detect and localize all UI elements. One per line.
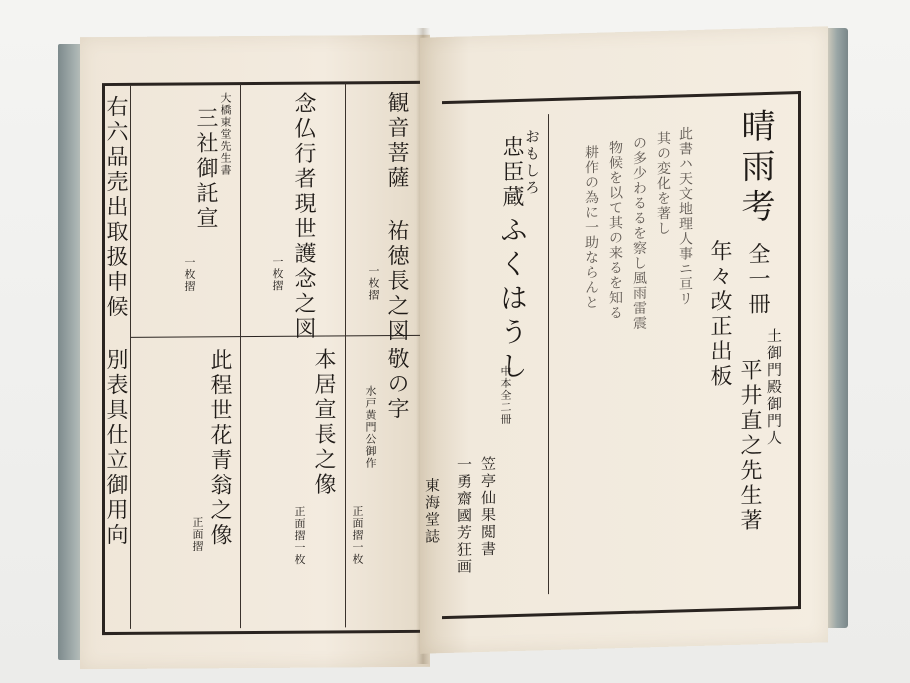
margin-divider	[130, 85, 131, 629]
ad-title: 念仏行者現世護念之図	[292, 92, 314, 342]
ad-writer: 笠亭仙果閲書	[480, 456, 495, 558]
ad-title: 忠臣蔵	[500, 135, 522, 211]
edition-note: 年々改正出板	[708, 239, 730, 390]
book-title: 晴雨考	[738, 108, 772, 229]
publisher-name: 東海堂誌	[424, 477, 439, 545]
description-line: 耕作の為に一助ならんと	[584, 145, 598, 575]
ad-prefix: おもしろ	[524, 128, 539, 196]
ad-title: 観音菩薩 祐徳長之図	[385, 91, 407, 344]
ad-title: 本居宣長之像	[312, 347, 334, 497]
ad-format: 中本全二冊	[500, 365, 511, 425]
description-line: 其の変化を著し	[656, 131, 670, 561]
ad-author: 大橋東堂先生書	[220, 92, 231, 176]
ad-note: 正面摺	[192, 516, 203, 552]
margin-column-text: 右六品売出取扱申候 別表具仕立御用向	[104, 95, 126, 615]
ad-title: 敬の字	[385, 347, 407, 422]
column-divider	[345, 83, 346, 627]
description-line: 物候を以て其の来るを知る	[608, 140, 622, 570]
right-page: 晴雨考 全一冊 年々改正出板 土御門殿御門人 平井直之先生著 此書ハ天文地理人事…	[420, 26, 828, 653]
ad-note: 一枚摺	[272, 256, 283, 292]
column-divider	[240, 84, 241, 628]
author-affiliation: 土御門殿御門人	[766, 328, 781, 447]
ad-illustrator: 一勇齋國芳狂画	[456, 456, 471, 575]
ad-note: 一枚摺	[184, 256, 195, 292]
ad-note: 正面摺一枚	[352, 505, 363, 565]
ad-title: 三社御託宣	[194, 106, 216, 231]
ad-note: 一枚摺	[368, 265, 379, 301]
volume-count: 全一冊	[746, 242, 768, 318]
left-page-frame	[102, 81, 426, 635]
description-line: の多少わるるを察し風雨雷震	[632, 135, 646, 565]
ad-note: 正面摺一枚	[294, 506, 305, 566]
book-cover-right	[826, 28, 848, 628]
column-divider	[548, 114, 549, 594]
description-line: 此書ハ天文地理人事ニ亘リ	[678, 126, 692, 556]
author-name: 平井直之先生著	[738, 358, 760, 534]
ad-author: 水戸黄門公御作	[365, 385, 376, 469]
ad-title-large: ふくはうし	[498, 215, 526, 386]
ad-title: 此程世花青翁之像	[208, 348, 230, 548]
left-page: 右六品売出取扱申候 別表具仕立御用向 観音菩薩 祐徳長之図 一枚摺 念仏行者現世…	[80, 35, 430, 669]
open-book: 右六品売出取扱申候 別表具仕立御用向 観音菩薩 祐徳長之図 一枚摺 念仏行者現世…	[58, 28, 848, 668]
